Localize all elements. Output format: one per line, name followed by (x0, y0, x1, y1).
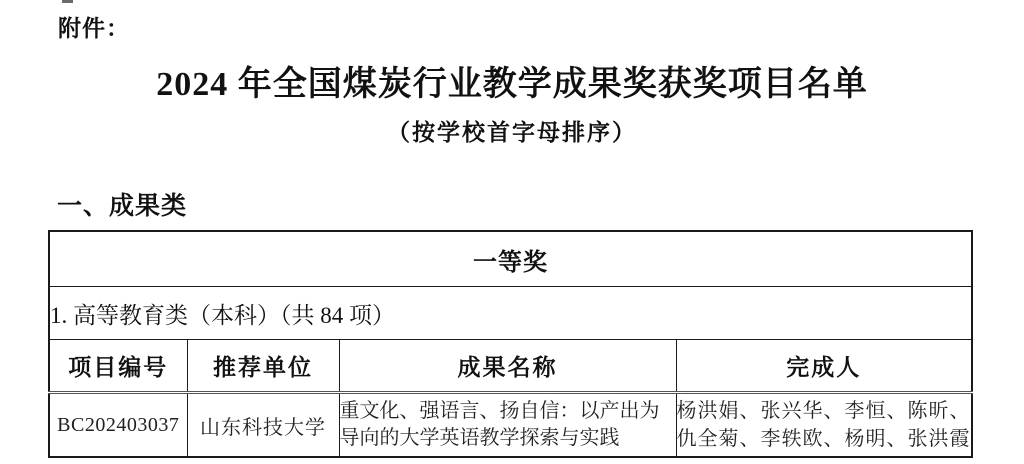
awards-table: 一等奖 1. 高等教育类（本科）（共 84 项） 项目编号 推荐单位 成果名称 … (48, 230, 973, 458)
col-header-completers: 完成人 (676, 340, 972, 393)
col-header-achievement-name: 成果名称 (339, 340, 676, 393)
page-title: 2024 年全国煤炭行业教学成果奖获奖项目名单 (0, 56, 1024, 105)
award-tier-cell: 一等奖 (49, 231, 972, 287)
col-header-project-id: 项目编号 (49, 340, 187, 393)
table-row: BC202403037 山东科技大学 重文化、强语言、扬自信：以产出为导向的大学… (49, 393, 972, 458)
document-page: 附件： 2024 年全国煤炭行业教学成果奖获奖项目名单 （按学校首字母排序） 一… (0, 0, 1024, 464)
completers-cell: 杨洪娟、张兴华、李恒、陈昕、仇全菊、李轶欧、杨明、张洪霞 (676, 393, 972, 458)
category-row: 1. 高等教育类（本科）（共 84 项） (49, 287, 972, 340)
project-id-cell: BC202403037 (49, 393, 187, 458)
column-header-row: 项目编号 推荐单位 成果名称 完成人 (49, 340, 972, 393)
category-cell: 1. 高等教育类（本科）（共 84 项） (49, 287, 972, 340)
page-subtitle: （按学校首字母排序） (0, 114, 1024, 147)
achievement-name-cell: 重文化、强语言、扬自信：以产出为导向的大学英语教学探索与实践 (339, 393, 676, 458)
recommending-unit-cell: 山东科技大学 (187, 393, 339, 458)
col-header-recommending-unit: 推荐单位 (187, 340, 339, 393)
attachment-label: 附件： (58, 10, 130, 43)
section-heading: 一、成果类 (57, 186, 187, 222)
award-tier-row: 一等奖 (49, 231, 972, 287)
scan-artifact (62, 0, 73, 3)
